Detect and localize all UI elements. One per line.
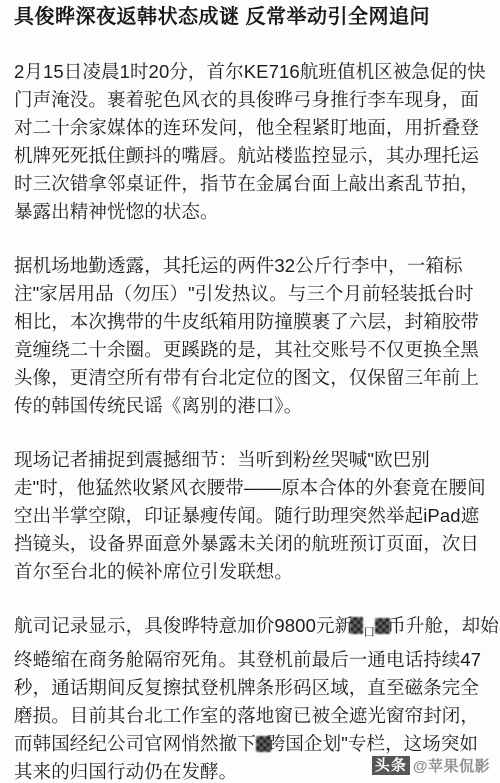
censor-mosaic [256,736,271,752]
text-segment: 口 [363,625,375,639]
paragraph: 2月15日凌晨1时20分，首尔KE716航班值机区被急促的快门声淹没。裹着驼色风… [14,58,484,226]
text-segment: 传的韩国传统民谣《离别的港口》。 [14,395,302,416]
text-segment: 竟缠绕二十余圈。更蹊跷的是，其社交账号不仅更换全黑 [14,339,479,360]
text-segment: 时三次错拿邻桌证件，指节在金属台面上敲出紊乱节拍， [14,173,479,194]
text-segment: 机牌死死抵住颤抖的嘴唇。航站楼监控显示，其办理托运 [14,145,479,166]
text-line: 相比，本次携带的牛皮纸箱用防撞膜裹了六层，封箱胶带 [14,308,484,336]
text-line: 走"时，他猛然收紧风衣腰带——原本合体的外套竟在腰间 [14,474,484,502]
text-segment: 2月15日凌晨1时20分，首尔KE716航班值机区被急促的快 [14,61,486,82]
text-line: 航司记录显示，具俊晔特意加价9800元新口币升舱，却始 [14,612,484,646]
text-segment: 磨损。目前其台北工作室的落地窗已被全遮光窗帘封闭， [14,705,479,726]
text-line: 磨损。目前其台北工作室的落地窗已被全遮光窗帘封闭， [14,702,484,730]
text-segment: 挡镜头，设备界面意外暴露未关闭的航班预订页面，次日 [14,533,479,554]
text-segment: 相比，本次携带的牛皮纸箱用防撞膜裹了六层，封箱胶带 [14,311,479,332]
text-segment: 据机场地勤透露，其托运的两件32公斤行李中，一箱标 [14,255,463,276]
text-segment: 跨国企划"专栏，这场突如 [267,733,478,754]
author-handle: @苹果侃影 [413,755,490,776]
text-segment: 门声淹没。裹着驼色风衣的具俊晔弓身推行李车现身，面 [14,89,479,110]
text-segment: 其来的归国行动仍在发酵。 [14,761,237,782]
text-line: 而韩国经纪公司官网悄然撤下跨国企划"专栏，这场突如 [14,730,484,758]
text-line: 首尔至台北的候补席位引发联想。 [14,558,484,586]
toutiao-badge: 头条 [372,756,410,775]
text-line: 头像，更清空所有带有台北定位的图文，仅保留三年前上 [14,364,484,392]
text-line: 竟缠绕二十余圈。更蹊跷的是，其社交账号不仅更换全黑 [14,336,484,364]
paragraph: 据机场地勤透露，其托运的两件32公斤行李中，一箱标注"家居用品（勿压）"引发热议… [14,252,484,420]
text-line: 暴露出精神恍惚的状态。 [14,198,484,226]
article-title: 具俊晔深夜返韩状态成谜 反常举动引全网追问 [14,2,484,32]
text-line: 终蜷缩在商务舱隔帘死角。其登机前最后一通电话持续47 [14,646,484,674]
text-segment: 空出半掌空隙，印证暴瘦传闻。随行助理突然举起iPad遮 [14,505,479,526]
text-segment: 头像，更清空所有带有台北定位的图文，仅保留三年前上 [14,367,479,388]
text-line: 门声淹没。裹着驼色风衣的具俊晔弓身推行李车现身，面 [14,86,484,114]
text-segment: 现场记者捕捉到震撼细节：当听到粉丝哭喊"欧巴别 [14,449,430,470]
text-segment: 走"时，他猛然收紧风衣腰带——原本合体的外套竟在腰间 [14,477,486,498]
watermark: 头条 @苹果侃影 [372,755,490,776]
paragraph: 现场记者捕捉到震撼细节：当听到粉丝哭喊"欧巴别走"时，他猛然收紧风衣腰带——原本… [14,446,484,586]
censor-mosaic [350,617,363,634]
censor-mosaic [375,618,390,634]
text-line: 据机场地勤透露，其托运的两件32公斤行李中，一箱标 [14,252,484,280]
text-line: 传的韩国传统民谣《离别的港口》。 [14,392,484,420]
text-segment: 航司记录显示，具俊晔特意加价9800元新 [14,615,353,636]
text-segment: 暴露出精神恍惚的状态。 [14,201,219,222]
text-line: 机牌死死抵住颤抖的嘴唇。航站楼监控显示，其办理托运 [14,142,484,170]
article-page: 具俊晔深夜返韩状态成谜 反常举动引全网追问 2月15日凌晨1时20分，首尔KE7… [0,0,500,783]
text-segment: 而韩国经纪公司官网悄然撤下 [14,733,256,754]
text-line: 对二十余家媒体的连环发问，他全程紧盯地面，用折叠登 [14,114,484,142]
text-line: 空出半掌空隙，印证暴瘦传闻。随行助理突然举起iPad遮 [14,502,484,530]
text-segment: 首尔至台北的候补席位引发联想。 [14,561,293,582]
text-segment: 秒，通话期间反复擦拭登机牌条形码区域，直至磁条完全 [14,677,479,698]
text-line: 注"家居用品（勿压）"引发热议。与三个月前轻装抵台时 [14,280,484,308]
text-line: 挡镜头，设备界面意外暴露未关闭的航班预订页面，次日 [14,530,484,558]
article-body: 2月15日凌晨1时20分，首尔KE716航班值机区被急促的快门声淹没。裹着驼色风… [14,58,484,783]
text-segment: 终蜷缩在商务舱隔帘死角。其登机前最后一通电话持续47 [14,649,481,670]
text-segment: 注"家居用品（勿压）"引发热议。与三个月前轻装抵台时 [14,283,474,304]
text-segment: 对二十余家媒体的连环发问，他全程紧盯地面，用折叠登 [14,117,479,138]
text-segment: 币升舱，却始 [387,615,499,636]
text-line: 现场记者捕捉到震撼细节：当听到粉丝哭喊"欧巴别 [14,446,484,474]
text-line: 2月15日凌晨1时20分，首尔KE716航班值机区被急促的快 [14,58,484,86]
text-line: 秒，通话期间反复擦拭登机牌条形码区域，直至磁条完全 [14,674,484,702]
text-line: 时三次错拿邻桌证件，指节在金属台面上敲出紊乱节拍， [14,170,484,198]
